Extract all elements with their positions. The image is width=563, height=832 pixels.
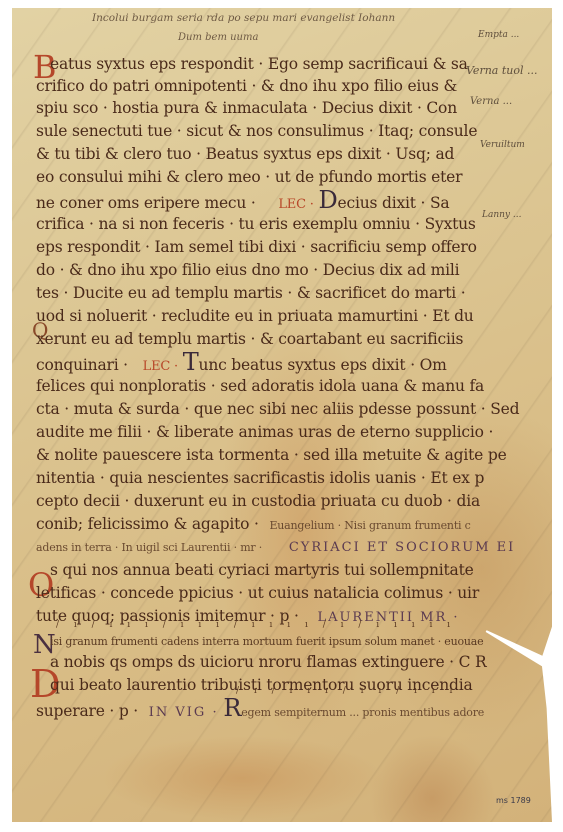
text-line-19: nitentia · quia nescientes sacrificastis… xyxy=(36,468,484,488)
text-line-27: a nobis qs omps ds uicioru nroru flamas … xyxy=(50,652,487,672)
capital-t: T xyxy=(183,348,199,376)
gospel-incipit: Euangelium · Nisi granum frumenti c xyxy=(269,519,470,532)
text-line-11: tes · Ducite eu ad templu martis · & sac… xyxy=(36,283,465,303)
margin-note-2: Verna tuol ... xyxy=(466,64,537,77)
text-line-20: cepto decii · duxerunt eu in custodia pr… xyxy=(36,491,480,511)
text-line-16: cta · muta & surda · que nec sibi nec al… xyxy=(36,399,519,419)
text-line-7-a: ne coner oms eripere mecu · xyxy=(36,194,256,212)
top-annotation-1: Incolui burgam seria rda po sepu mari ev… xyxy=(92,12,395,24)
text-line-15: felices qui nonploratis · sed adoratis i… xyxy=(36,376,484,396)
feast-heading-cyriaci: CYRIACI ET SOCIORUM EI xyxy=(289,540,515,555)
neumes-1: / ı / ı ı ı / ı ı ı / ı ı ı ı / ı / ı ı … xyxy=(56,620,456,630)
margin-note-4: Veruiltum xyxy=(480,140,525,150)
text-line-21: conib; felicissimo & agapito · Euangeliu… xyxy=(36,514,471,536)
text-line-14: conquinari · LEC · Tunc beatus syxtus ep… xyxy=(36,352,447,377)
margin-note-5: Lanny ... xyxy=(482,210,521,220)
capital-d: D xyxy=(318,186,337,214)
text-line-7: ne coner oms eripere mecu · LEC · Decius… xyxy=(36,190,449,215)
lectio-marker: LEC · xyxy=(278,197,313,212)
text-line-8: crifica · na si non feceris · tu eris ex… xyxy=(36,214,476,234)
vigil-marker: IN VIG · xyxy=(149,705,219,720)
text-line-1: eatus syxtus eps respondit · Ego semp sa… xyxy=(50,54,468,74)
text-line-14-a: conquinari · xyxy=(36,356,128,374)
text-line-3: spiu sco · hostia pura & inmaculata · De… xyxy=(36,98,457,118)
text-line-21-a: conib; felicissimo & agapito · xyxy=(36,515,259,533)
text-line-17: audite me filii · & liberate animas uras… xyxy=(36,422,493,442)
text-line-2: crifico do patri omnipotenti · & dno ihu… xyxy=(36,76,457,96)
text-line-6: eo consului mihi & clero meo · ut de pfu… xyxy=(36,167,462,187)
chant-line-2: egem sempiternum ... pronis mentibus ado… xyxy=(241,706,484,719)
text-line-13: xerunt eu ad templu martis · & coartaban… xyxy=(36,329,463,349)
lectio-marker-2: LEC · xyxy=(143,359,178,374)
text-line-12: uod si noluerit · recludite eu in priuat… xyxy=(36,306,474,326)
margin-note-1: Empta ... xyxy=(478,30,519,40)
chant-line-1: isi granum frumenti cadens interra mortu… xyxy=(50,632,483,652)
text-line-10: do · & dno ihu xpo filio eius dno mo · D… xyxy=(36,260,459,280)
text-line-9: eps respondit · Iam semel tibi dixi · sa… xyxy=(36,237,477,257)
text-line-4: sule senectuti tue · sicut & nos consuli… xyxy=(36,121,477,141)
top-annotation-2: Dum bem uuma xyxy=(178,32,258,43)
text-line-23: s qui nos annua beati cyriaci martyris t… xyxy=(50,560,474,580)
text-line-7-b: ecius dixit · Sa xyxy=(338,194,450,212)
shelfmark: ms 1789 xyxy=(496,796,531,805)
text-line-5: & tu tibi & clero tuo · Beatus syxtus ep… xyxy=(36,144,454,164)
neumes-2: / ı / ı ı ı / ı ı / ı ı ı xyxy=(236,686,458,696)
text-line-24: letificas · concede ppicius · ut cuius n… xyxy=(36,583,479,603)
text-line-14-b: unc beatus syxtus eps dixit · Om xyxy=(199,356,447,374)
capital-r: R xyxy=(223,694,241,722)
text-line-29-a: superare · p · xyxy=(36,702,138,720)
margin-note-3: Verna ... xyxy=(470,96,512,107)
text-line-18: & nolite pauescere ista tormenta · sed i… xyxy=(36,445,507,465)
text-line-29: superare · p · IN VIG · Regem sempiternu… xyxy=(36,698,484,723)
vigil-rubric: adens in terra · In uigil sci Laurentii … xyxy=(36,541,262,554)
text-line-22: adens in terra · In uigil sci Laurentii … xyxy=(36,536,515,558)
